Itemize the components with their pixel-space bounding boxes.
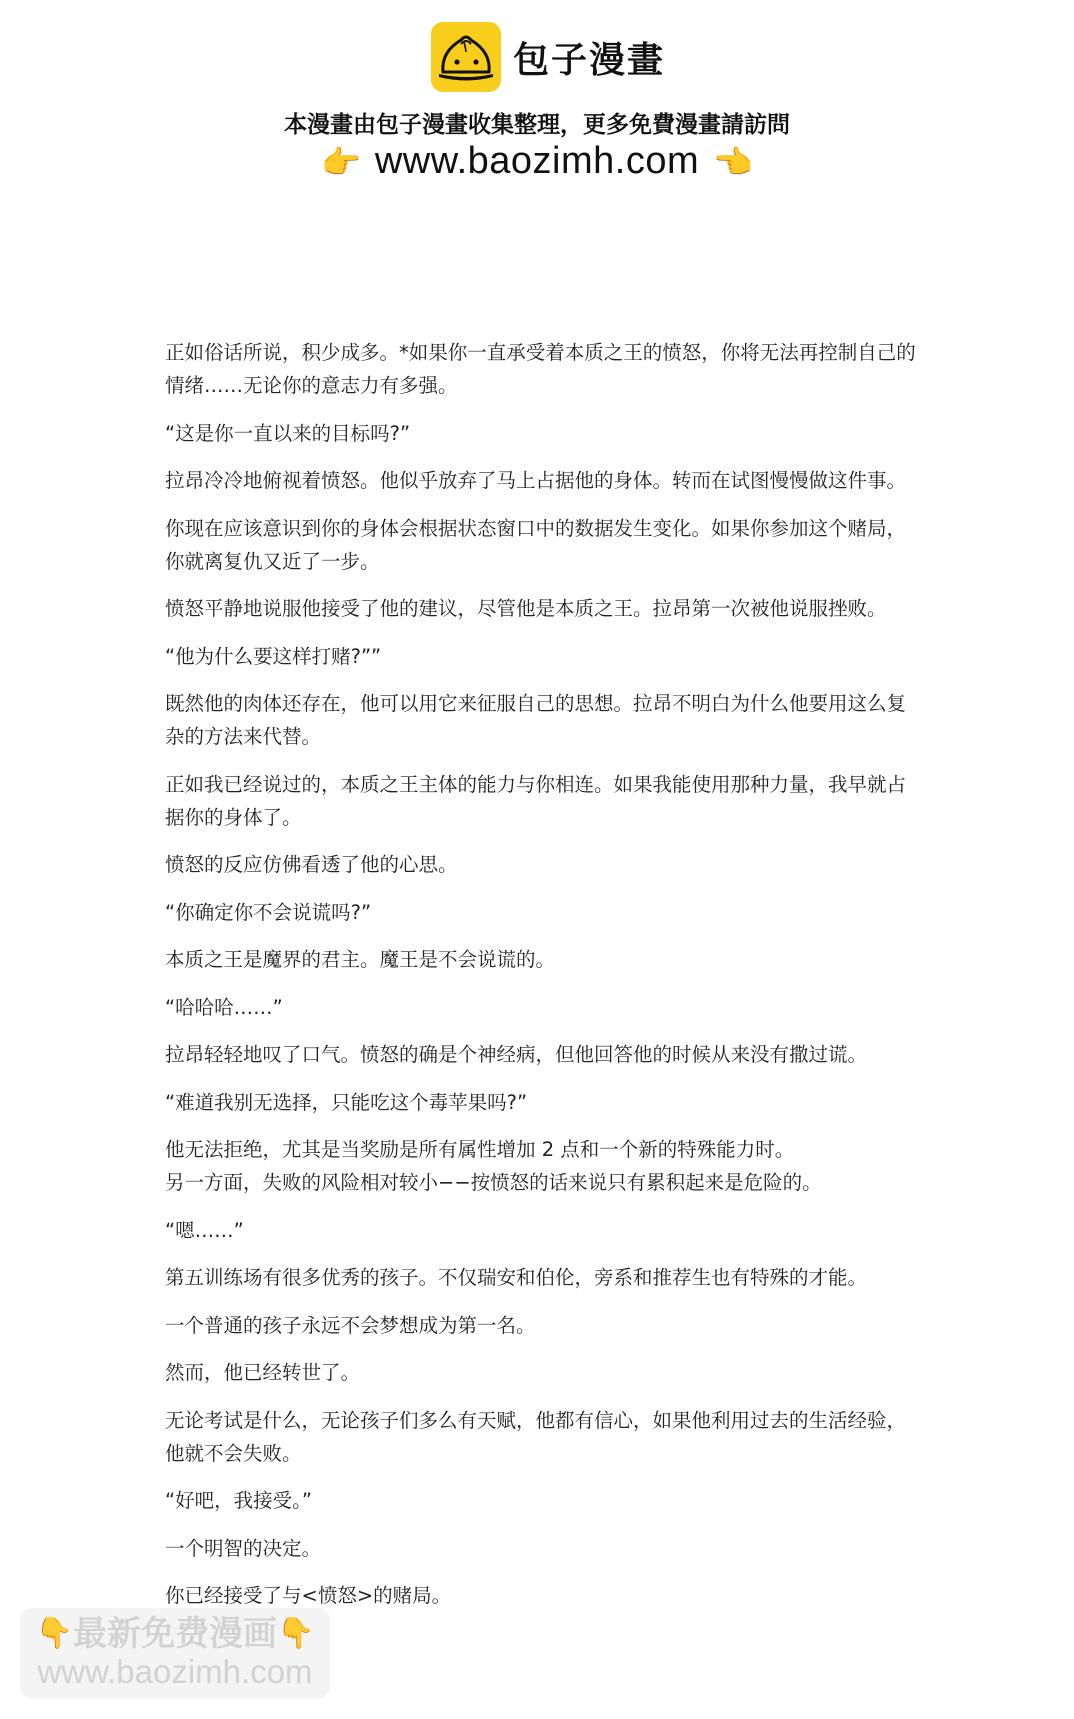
paragraph: 愤怒的反应仿佛看透了他的心思。 xyxy=(165,848,925,881)
paragraph: 一个明智的决定。 xyxy=(165,1532,925,1565)
pointing-left-hand-icon: 👈 xyxy=(713,146,753,178)
paragraph: 无论考试是什么，无论孩子们多么有天赋，他都有信心，如果他利用过去的生活经验，他就… xyxy=(165,1404,925,1470)
paragraph: 愤怒平静地说服他接受了他的建议，尽管他是本质之王。拉昂第一次被他说服挫败。 xyxy=(165,592,925,625)
pointing-down-hand-icon: 👇 xyxy=(36,1619,73,1649)
pointing-down-hand-icon: 👇 xyxy=(277,1619,314,1649)
paragraph: “这是你一直以来的目标吗?” xyxy=(165,417,925,450)
paragraph: “他为什么要这样打赌?”” xyxy=(165,640,925,673)
paragraph: 拉昂轻轻地叹了口气。愤怒的确是个神经病，但他回答他的时候从来没有撒过谎。 xyxy=(165,1038,925,1071)
paragraph: 第五训练场有很多优秀的孩子。不仅瑞安和伯伦，旁系和推荐生也有特殊的才能。 xyxy=(165,1261,925,1294)
paragraph: 正如我已经说过的，本质之王主体的能力与你相连。如果我能使用那种力量，我早就占据你… xyxy=(165,768,925,834)
paragraph: 然而，他已经转世了。 xyxy=(165,1356,925,1389)
paragraph: 拉昂冷冷地俯视着愤怒。他似乎放弃了马上占据他的身体。转而在试图慢慢做这件事。 xyxy=(165,464,925,497)
paragraph: “好吧，我接受。” xyxy=(165,1484,925,1517)
tagline: 本漫畫由包子漫畫收集整理，更多免費漫畫請訪問 xyxy=(0,106,1074,139)
watermark-label: 最新免费漫画 xyxy=(73,1614,277,1654)
paragraph: “难道我别无选择，只能吃这个毒苹果吗?” xyxy=(165,1086,925,1119)
bun-mascot-icon xyxy=(431,22,501,92)
brand-logo[interactable]: 包子漫畫 xyxy=(431,22,665,92)
watermark-banner[interactable]: 👇 最新免费漫画 👇 www.baozimh.com xyxy=(20,1608,330,1698)
paragraph: 一个普通的孩子永远不会梦想成为第一名。 xyxy=(165,1309,925,1342)
chapter-text: 正如俗话所说，积少成多。*如果你一直承受着本质之王的愤怒，你将无法再控制自己的情… xyxy=(165,336,925,1627)
site-url-row: 👉 www.baozimh.com 👈 xyxy=(0,140,1074,183)
paragraph: “嗯……” xyxy=(165,1214,925,1247)
pointing-right-hand-icon: 👉 xyxy=(321,146,361,178)
watermark-url: www.baozimh.com xyxy=(20,1654,330,1690)
paragraph: 本质之王是魔界的君主。魔王是不会说谎的。 xyxy=(165,943,925,976)
paragraph: “你确定你不会说谎吗?” xyxy=(165,896,925,929)
paragraph: 正如俗话所说，积少成多。*如果你一直承受着本质之王的愤怒，你将无法再控制自己的情… xyxy=(165,336,925,402)
watermark-label-row: 👇 最新免费漫画 👇 xyxy=(20,1614,330,1654)
paragraph: 他无法拒绝，尤其是当奖励是所有属性增加 2 点和一个新的特殊能力时。 另一方面，… xyxy=(165,1133,925,1199)
paragraph: 你现在应该意识到你的身体会根据状态窗口中的数据发生变化。如果你参加这个赌局，你就… xyxy=(165,512,925,578)
site-url-link[interactable]: www.baozimh.com xyxy=(375,140,699,183)
brand-name: 包子漫畫 xyxy=(513,32,665,83)
paragraph: 既然他的肉体还存在，他可以用它来征服自己的思想。拉昂不明白为什么他要用这么复杂的… xyxy=(165,687,925,753)
paragraph: “哈哈哈……” xyxy=(165,991,925,1024)
